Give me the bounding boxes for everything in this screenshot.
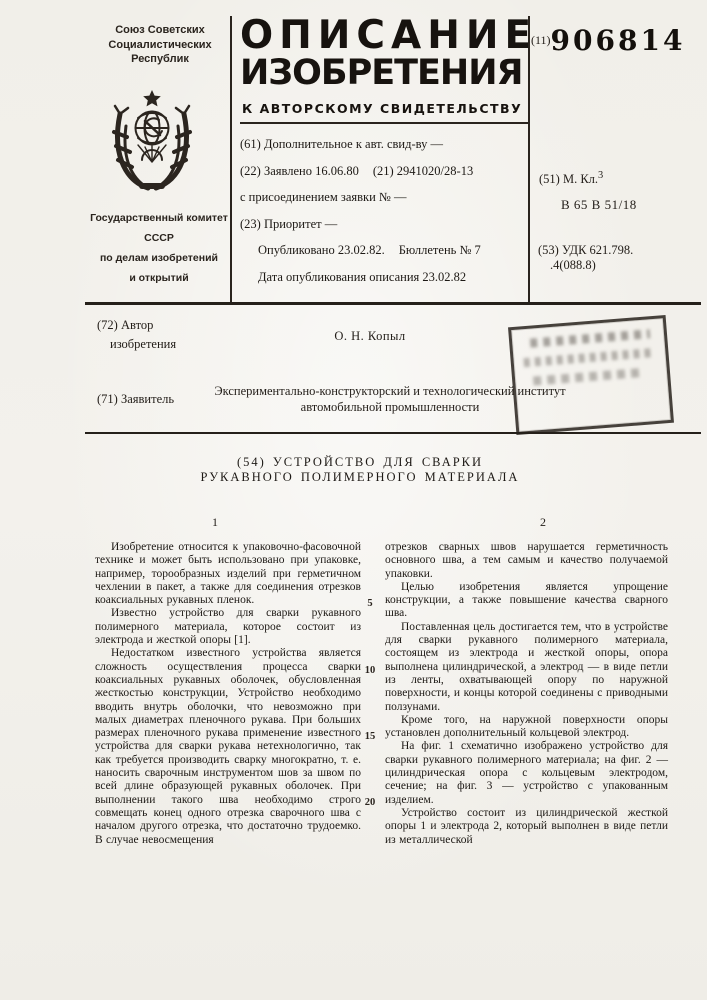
committee-line: по делам изобретений [86, 248, 232, 268]
invention-title: (54) УСТРОЙСТВО ДЛЯ СВАРКИ РУКАВНОГО ПОЛ… [120, 455, 600, 485]
biblio-filed-row: (22) Заявлено 16.06.80(21) 2941020/28-13 [240, 163, 525, 180]
stamp-smudge [530, 329, 650, 347]
author-field-word: изобретения [110, 337, 176, 352]
biblio-filed: (22) Заявлено 16.06.80 [240, 164, 359, 178]
document-type-word1: ОПИСАНИЕ [240, 16, 530, 56]
publication-number-code: (11) [531, 33, 551, 47]
biblio-supplement: (61) Дополнительное к авт. свид-ву — [240, 136, 525, 153]
section-rule-thick [85, 302, 701, 305]
library-stamp [508, 315, 674, 435]
bibliographic-block: (61) Дополнительное к авт. свид-ву — (22… [240, 136, 525, 295]
stamp-smudge [523, 348, 651, 367]
union-name-line: Союз Советских [90, 23, 230, 38]
ussr-coat-of-arms-icon [104, 88, 200, 194]
line-number-marker: 10 [361, 665, 379, 676]
ipc-class-sup: 3 [598, 170, 603, 181]
biblio-published: Опубликовано 23.02.82. [258, 243, 385, 257]
paragraph: Недостатком известного устройства являет… [95, 647, 361, 846]
biblio-priority: (23) Приоритет — [240, 216, 525, 233]
committee-line: СССР [86, 228, 232, 248]
invention-title-line2: РУКАВНОГО ПОЛИМЕРНОГО МАТЕРИАЛА [120, 470, 600, 485]
masthead-rule [240, 122, 529, 124]
ipc-class-value: В 65 В 51/18 [561, 197, 637, 213]
union-name-line: Социалистических [90, 38, 230, 53]
publication-number-value: 906814 [551, 24, 686, 57]
line-number-marker: 20 [361, 797, 379, 808]
stamp-smudge [533, 368, 641, 385]
ipc-class-label: (51) М. Кл.3 [539, 170, 603, 187]
biblio-published-row: Опубликовано 23.02.82.Бюллетень № 7 [240, 242, 525, 259]
biblio-app-number: (21) 2941020/28-13 [373, 164, 473, 178]
invention-title-line1: (54) УСТРОЙСТВО ДЛЯ СВАРКИ [120, 455, 600, 470]
column-number-1: 1 [212, 515, 218, 530]
union-name-line: Республик [90, 52, 230, 67]
paragraph-continuation: отрезков сварных швов нарушается гермети… [385, 541, 668, 581]
document-kind: К АВТОРСКОМУ СВИДЕТЕЛЬСТВУ [242, 101, 522, 116]
author-name: О. Н. Копыл [220, 329, 520, 344]
state-committee: Государственный комитет СССР по делам из… [86, 208, 232, 288]
udc-number: (53) УДК 621.798. .4(088.8) [538, 243, 633, 273]
patent-document-page: Союз Советских Социалистических Республи… [0, 0, 707, 1000]
paragraph: Изобретение относится к упаковочно-фасов… [95, 541, 361, 607]
paragraph: На фиг. 1 схематично изображено устройст… [385, 740, 668, 806]
biblio-desc-published: Дата опубликования описания 23.02.82 [240, 269, 525, 286]
udc-line2: .4(088.8) [538, 258, 633, 273]
document-type-word2: ИЗОБРЕТЕНИЯ [240, 55, 530, 91]
paragraph: Кроме того, на наружной поверхности опор… [385, 714, 668, 741]
udc-line1: (53) УДК 621.798. [538, 243, 633, 258]
applicant-field-label: (71) Заявитель [97, 392, 174, 407]
body-column-right: отрезков сварных швов нарушается гермети… [385, 541, 668, 847]
committee-line: и открытий [86, 268, 232, 288]
line-number-marker: 5 [361, 598, 379, 609]
paragraph: Целью изобретения является упрощение кон… [385, 581, 668, 621]
body-column-left: Изобретение относится к упаковочно-фасов… [95, 541, 361, 847]
line-number-marker: 15 [361, 731, 379, 742]
biblio-attachment: с присоединением заявки № — [240, 189, 525, 206]
publication-number: (11)906814 [531, 24, 703, 57]
committee-line: Государственный комитет [86, 208, 232, 228]
paragraph: Поставленная цель достигается тем, что в… [385, 621, 668, 714]
paragraph: Устройство состоит из цилиндрической жес… [385, 807, 668, 847]
author-field-code: (72) Автор [97, 318, 153, 333]
column-number-2: 2 [540, 515, 546, 530]
biblio-bulletin: Бюллетень № 7 [399, 243, 481, 257]
union-name: Союз Советских Социалистических Республи… [90, 23, 230, 67]
vertical-divider [230, 16, 232, 303]
section-rule-thin [85, 432, 701, 434]
paragraph: Известно устройство для сварки рукавного… [95, 607, 361, 647]
